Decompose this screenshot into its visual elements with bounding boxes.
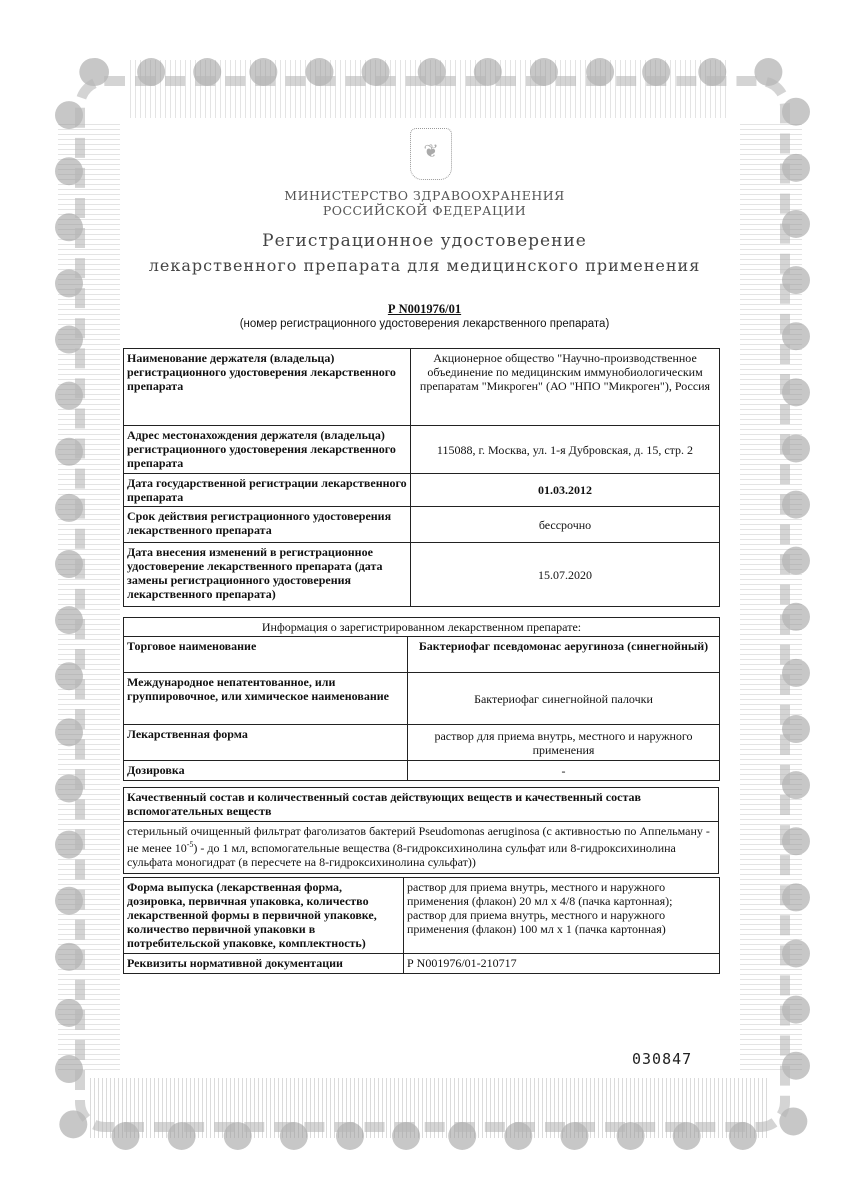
dosage-form-value: раствор для приема внутрь, местного и на…: [408, 725, 720, 761]
table-row-normative-docs: Реквизиты нормативной документации Р N00…: [124, 954, 720, 974]
normative-docs-label: Реквизиты нормативной документации: [124, 954, 404, 974]
state-emblem-icon: ❦: [410, 128, 452, 180]
table-row-change-date: Дата внесения изменений в регистрационно…: [124, 543, 720, 607]
change-date-value: 15.07.2020: [411, 543, 720, 607]
drug-info-heading-row: Информация о зарегистрированном лекарств…: [124, 618, 720, 637]
table-row-registration-date: Дата государственной регистрации лекарст…: [124, 474, 720, 507]
composition-table: Качественный состав и количественный сос…: [123, 787, 719, 874]
composition-text-row: стерильный очищенный фильтрат фаголизато…: [124, 822, 719, 874]
table-row-inn: Международное непатентованное, или групп…: [124, 673, 720, 725]
table-row-validity: Срок действия регистрационного удостовер…: [124, 507, 720, 543]
table-row-dosage-form: Лекарственная форма раствор для приема в…: [124, 725, 720, 761]
composition-text: стерильный очищенный фильтрат фаголизато…: [124, 822, 719, 874]
drug-info-table: Информация о зарегистрированном лекарств…: [123, 617, 720, 781]
ministry-name-line1: МИНИСТЕРСТВО ЗДРАВООХРАНЕНИЯ: [0, 188, 849, 203]
composition-text-part2: ) - до 1 мл, вспомогательные вещества (8…: [127, 841, 676, 869]
composition-heading: Качественный состав и количественный сос…: [124, 788, 719, 822]
dosage-form-label: Лекарственная форма: [124, 725, 408, 761]
table-row-trade-name: Торговое наименование Бактериофаг псевдо…: [124, 637, 720, 673]
holder-address-label: Адрес местонахождения держателя (владель…: [124, 426, 411, 474]
dosage-value: -: [408, 761, 720, 781]
trade-name-value: Бактериофаг псевдомонас аеругиноза (сине…: [408, 637, 720, 673]
trade-name-label: Торговое наименование: [124, 637, 408, 673]
eagle-glyph-icon: ❦: [411, 141, 451, 162]
serial-number: 030847: [632, 1050, 692, 1068]
ministry-name-line2: РОССИЙСКОЙ ФЕДЕРАЦИИ: [0, 203, 849, 218]
change-date-label: Дата внесения изменений в регистрационно…: [124, 543, 411, 607]
registration-number-caption: (номер регистрационного удостоверения ле…: [0, 318, 849, 330]
validity-label: Срок действия регистрационного удостовер…: [124, 507, 411, 543]
release-form-value-line1: раствор для приема внутрь, местного и на…: [407, 880, 716, 908]
table-row-dosage: Дозировка -: [124, 761, 720, 781]
table-row-holder-address: Адрес местонахождения держателя (владель…: [124, 426, 720, 474]
holder-name-label: Наименование держателя (владельца) регис…: [124, 349, 411, 426]
table-row-holder-name: Наименование держателя (владельца) регис…: [124, 349, 720, 426]
inn-label: Международное непатентованное, или групп…: [124, 673, 408, 725]
release-form-label: Форма выпуска (лекарственная форма, дози…: [124, 878, 404, 954]
inn-value: Бактериофаг синегнойной палочки: [408, 673, 720, 725]
dosage-label: Дозировка: [124, 761, 408, 781]
registration-number: Р N001976/01: [0, 302, 849, 317]
drug-info-heading: Информация о зарегистрированном лекарств…: [124, 618, 720, 637]
composition-heading-row: Качественный состав и количественный сос…: [124, 788, 719, 822]
release-form-value-line2: раствор для приема внутрь, местного и на…: [407, 908, 716, 936]
document-title-line1: Регистрационное удостоверение: [0, 231, 849, 251]
normative-docs-value: Р N001976/01-210717: [404, 954, 720, 974]
validity-value: бессрочно: [411, 507, 720, 543]
holder-info-table: Наименование держателя (владельца) регис…: [123, 348, 720, 607]
release-form-table: Форма выпуска (лекарственная форма, дози…: [123, 877, 720, 974]
release-form-value: раствор для приема внутрь, местного и на…: [404, 878, 720, 954]
table-row-release-form: Форма выпуска (лекарственная форма, дози…: [124, 878, 720, 954]
registration-date-value: 01.03.2012: [411, 474, 720, 507]
registration-date-label: Дата государственной регистрации лекарст…: [124, 474, 411, 507]
document-title-line2: лекарственного препарата для медицинског…: [0, 256, 849, 275]
holder-address-value: 115088, г. Москва, ул. 1-я Дубровская, д…: [411, 426, 720, 474]
holder-name-value: Акционерное общество "Научно-производств…: [411, 349, 720, 426]
